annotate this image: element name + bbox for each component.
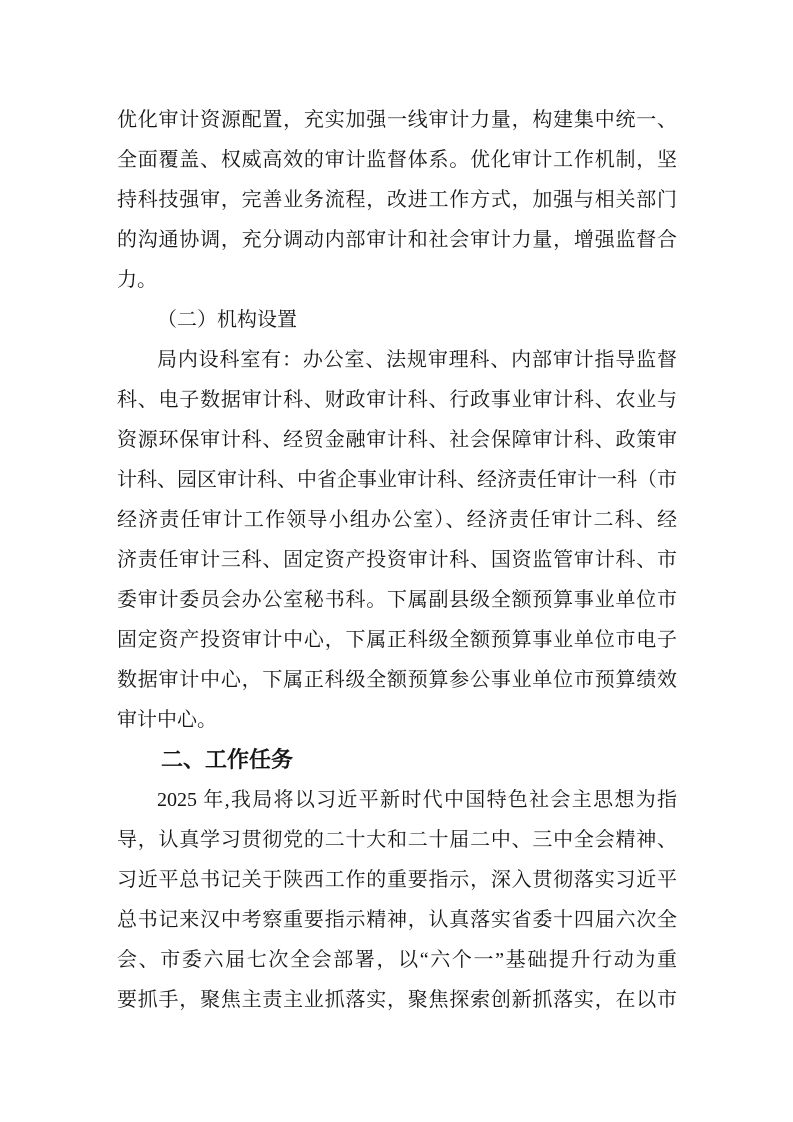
text-line: 固定资产投资审计中心，下属正科级全额预算事业单位市电子 bbox=[117, 620, 677, 660]
text-line: 会、市委六届七次全会部署，以“六个一”基础提升行动为重 bbox=[117, 940, 677, 980]
heading-work-tasks: 二、工作任务 bbox=[117, 740, 677, 780]
document-body: 优化审计资源配置，充实加强一线审计力量，构建集中统一、全面覆盖、权威高效的审计监… bbox=[117, 100, 677, 1020]
text-line: 2025 年,我局将以习近平新时代中国特色社会主思想为指 bbox=[117, 780, 677, 820]
paragraph-continuation-audit-system: 优化审计资源配置，充实加强一线审计力量，构建集中统一、全面覆盖、权威高效的审计监… bbox=[117, 100, 677, 300]
document-page: 优化审计资源配置，充实加强一线审计力量，构建集中统一、全面覆盖、权威高效的审计监… bbox=[0, 0, 793, 1122]
text-line: 习近平总书记关于陕西工作的重要指示，深入贯彻落实习近平 bbox=[117, 860, 677, 900]
text-line: 经济责任审计工作领导小组办公室）、经济责任审计二科、经 bbox=[117, 500, 677, 540]
text-line: 委审计委员会办公室秘书科。下属副县级全额预算事业单位市 bbox=[117, 580, 677, 620]
text-line: 数据审计中心，下属正科级全额预算参公事业单位市预算绩效 bbox=[117, 660, 677, 700]
text-line: 优化审计资源配置，充实加强一线审计力量，构建集中统一、 bbox=[117, 100, 677, 140]
text-line: 资源环保审计科、经贸金融审计科、社会保障审计科、政策审 bbox=[117, 420, 677, 460]
text-line: 局内设科室有：办公室、法规审理科、内部审计指导监督 bbox=[117, 340, 677, 380]
text-line: 持科技强审，完善业务流程，改进工作方式，加强与相关部门 bbox=[117, 180, 677, 220]
text-line: 力。 bbox=[117, 260, 677, 300]
text-line: 审计中心。 bbox=[117, 700, 677, 740]
text-line: 全面覆盖、权威高效的审计监督体系。优化审计工作机制，坚 bbox=[117, 140, 677, 180]
text-line: 导，认真学习贯彻党的二十大和二十届二中、三中全会精神、 bbox=[117, 820, 677, 860]
text-line: 二、工作任务 bbox=[117, 740, 677, 780]
paragraph-departments: 局内设科室有：办公室、法规审理科、内部审计指导监督科、电子数据审计科、财政审计科… bbox=[117, 340, 677, 740]
paragraph-2025-guidance: 2025 年,我局将以习近平新时代中国特色社会主思想为指导，认真学习贯彻党的二十… bbox=[117, 780, 677, 1020]
text-line: 计科、园区审计科、中省企事业审计科、经济责任审计一科（市 bbox=[117, 460, 677, 500]
text-line: 要抓手，聚焦主责主业抓落实，聚焦探索创新抓落实，在以市 bbox=[117, 980, 677, 1020]
text-line: （二）机构设置 bbox=[117, 300, 677, 340]
text-line: 的沟通协调，充分调动内部审计和社会审计力量，增强监督合 bbox=[117, 220, 677, 260]
text-line: 科、电子数据审计科、财政审计科、行政事业审计科、农业与 bbox=[117, 380, 677, 420]
text-line: 总书记来汉中考察重要指示精神，认真落实省委十四届六次全 bbox=[117, 900, 677, 940]
text-line: 济责任审计三科、固定资产投资审计科、国资监管审计科、市 bbox=[117, 540, 677, 580]
heading-organization-setup: （二）机构设置 bbox=[117, 300, 677, 340]
